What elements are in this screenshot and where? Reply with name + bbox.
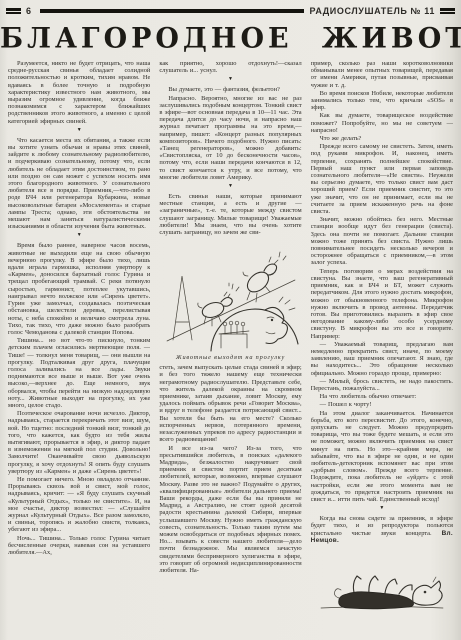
body-paragraph: Теперь поговорим о мерах воздействия на …: [311, 268, 453, 340]
body-paragraph: На что любитель обычно отвечает:: [311, 393, 453, 400]
body-paragraph: Время было раннее, наверное часов восемь…: [8, 242, 150, 336]
column-3: пример, сколько раз наши коротковолновик…: [311, 60, 453, 636]
body-paragraph: стеть, зачем выпускать целые стада свине…: [159, 364, 301, 443]
body-paragraph: Вы думаете, это — фантазия, фельетон?: [159, 86, 301, 93]
body-paragraph: На этом диалог заканчивается. Начинается…: [311, 410, 453, 504]
body-paragraph: И все из-за чего? Из-за того, что пресыт…: [159, 445, 301, 575]
section-separator-ornament: ▼: [8, 128, 150, 134]
body-paragraph: — Пошел к чорту!: [311, 401, 453, 408]
body-paragraph: Что касается места их обитания, а также …: [8, 137, 150, 231]
illustration-caption: Животные выходят на прогулку: [159, 354, 301, 361]
page-number: 6: [21, 6, 36, 16]
body-paragraph: Напрасно. Вероятно, многие из вас не раз…: [159, 95, 301, 181]
body-paragraph: Разумеется, никто не будет отрицать, что…: [8, 60, 150, 125]
body-paragraph: — Милый, брось свистеть, не надо пакости…: [311, 378, 453, 392]
magazine-page: 6 РАДИОСЛУШАТЕЛЬ № 11 БЛАГОРОДНОЕ ЖИВОТН…: [0, 0, 461, 640]
author-signature: Вл. Немцов.: [311, 530, 453, 544]
article-headline: БЛАГОРОДНОЕ ЖИВОТНОЕ: [0, 24, 461, 53]
body-paragraph: Не помогает ничего. Мною овладело отчаян…: [8, 476, 150, 534]
header-rule: [40, 9, 304, 13]
body-paragraph: Есть свиньи наши, которые принимают мест…: [159, 193, 301, 236]
section-separator-ornament: ▼: [311, 506, 453, 512]
body-paragraph: Прежде всего самому не свистеть. Затем, …: [311, 143, 453, 215]
body-paragraph: — Уважаемый товарищ, предлагаю вам немед…: [311, 341, 453, 377]
body-paragraph: Поэтическое очарование ночи исчезло. Дик…: [8, 410, 150, 475]
body-paragraph: Что же делать?: [311, 135, 453, 142]
right-end-dash-ornament: [440, 8, 455, 14]
article-columns: Разумеется, никто не будет отрицать, что…: [0, 60, 461, 636]
body-paragraph: Ночь... Тишина... Только голос Гурина чи…: [8, 535, 150, 557]
pig-on-back-illustration: [317, 548, 447, 614]
body-paragraph: пример, сколько раз наши коротковолновик…: [311, 60, 453, 89]
body-paragraph: Когда вы снова сядете за приемник, в эфи…: [311, 515, 453, 544]
body-paragraph: Тишина... но вот что-то пискнуло, тонким…: [8, 337, 150, 409]
pigs-walk-figure: Животные выходят на прогулку: [159, 240, 301, 361]
body-paragraph: Во время поисков Нобиле, некоторые любит…: [311, 90, 453, 112]
column-1: Разумеется, никто не будет отрицать, что…: [8, 60, 150, 636]
pigs-on-antenna-illustration: [161, 240, 299, 352]
section-separator-ornament: ▼: [8, 233, 150, 239]
body-paragraph: как приятно, хорошо отдохнуть!—сказал сл…: [159, 60, 301, 74]
masthead-title: РАДИОСЛУШАТЕЛЬ № 11: [308, 6, 440, 16]
body-paragraph: Как вы думаете, товарищеское воздействие…: [311, 112, 453, 134]
section-separator-ornament: ▼: [159, 77, 301, 83]
section-separator-ornament: ▼: [159, 184, 301, 190]
column-2: как приятно, хорошо отдохнуть!—сказал сл…: [159, 60, 301, 636]
body-paragraph: Значит, можно обойтись без него. Местные…: [311, 216, 453, 266]
left-end-dash-ornament: [6, 8, 21, 14]
pig-back-figure: [311, 548, 453, 614]
running-head: 6 РАДИОСЛУШАТЕЛЬ № 11: [0, 0, 461, 17]
